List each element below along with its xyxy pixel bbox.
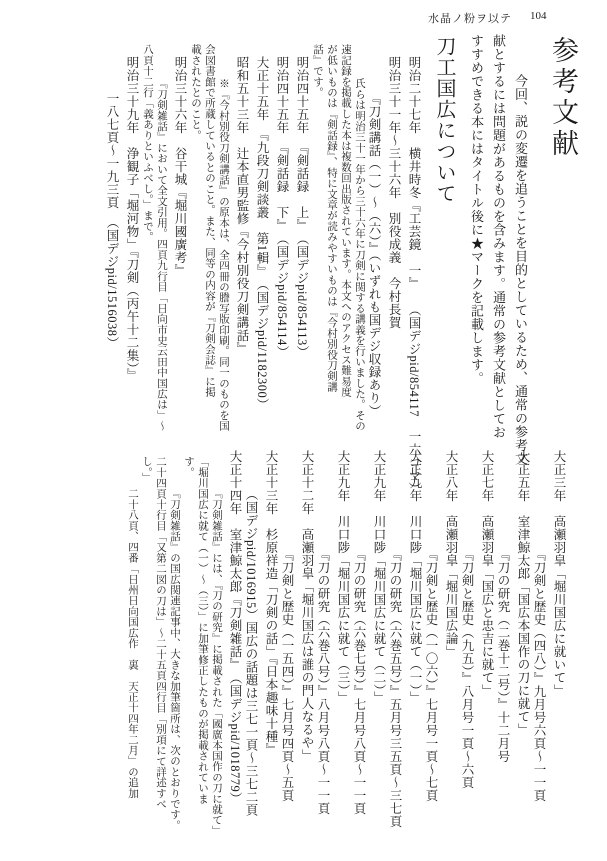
- note-line: 二十八頁、四番「日州日向国広作 裏 天正十四年二月」の追加: [126, 448, 139, 854]
- intro-line: 今回、説の変遷を追うことを目的としているため、通常の参考文: [509, 34, 531, 448]
- note-line: 『刀剣雑話』において全文引用。四頁九行目「日向市史云田中国広は」～: [155, 34, 168, 448]
- note-line: 会図書館で所蔵しているとのこと。また、同等の内容が『刀剣会誌』に掲: [203, 34, 216, 448]
- note-line: 話』です。: [311, 34, 324, 448]
- reference-entry: 大正十二年 高瀬羽皐「堀川国広は誰の門人なるや」: [299, 448, 315, 854]
- page-title: 参考文献: [545, 34, 581, 448]
- reference-entry: 大正十四年 室津鯨太郎『刀剣雑話』 （国デジpid/1018779）: [227, 448, 243, 854]
- reference-entry: 明治三十六年 谷干城『堀川國廣考』: [172, 34, 188, 448]
- reference-entry: 大正八年 高瀬羽皐「堀川国広論」: [443, 448, 459, 854]
- reference-continuation: 『刀剣講話（一）～（六）』（いずれも国デジ収録あり）: [366, 34, 382, 448]
- running-title: 水晶ノ粉ヲ以テ: [428, 10, 512, 26]
- page-number: 104: [530, 10, 547, 22]
- reference-entry: 明治四十五年 『剣話録 下』 （国デジpid/854114）: [274, 34, 290, 448]
- reference-entry: 明治三十一年～三十六年 別役成義 今村長賀: [386, 34, 402, 448]
- reference-entry: 大正五年 室津鯨太郎「国広本国作の刀に就て」: [515, 448, 531, 854]
- reference-continuation: 『刀の研究（六巻八号）』八月号八頁～一一頁: [315, 448, 331, 854]
- document-page: 水晶ノ粉ヲ以テ 104 参考文献 今回、説の変遷を追うことを目的としているため、…: [0, 0, 607, 861]
- note-line: 二十四頁十行目「又第二図の刀は」～二十五頁四行目「別項にて詳述すべ: [154, 448, 167, 854]
- note-line: が低いものは『剣話録』、特に文章が読みやすいものは『今村別役刀剣講: [325, 34, 338, 448]
- reference-entry: 大正十五年 『九段刀剣談叢 第1輯』 （国デジpid/1182300）: [254, 34, 270, 448]
- intro-line: すすめできる本にはタイトル後に★マークを記載します。: [465, 34, 487, 448]
- reference-entry: 昭和五十三年 辻本直男監修『今村別役刀剣講話』: [234, 34, 250, 448]
- reference-continuation: （国デジpid/1016915）国広の話題は三七一頁～三七二頁: [243, 448, 259, 854]
- reference-entry: 大正十三年 杉原祥造「刀剣の話」『日本趣味十種』: [263, 448, 279, 854]
- note-line: 『刀剣雑話』には、『刀の研究』に掲載された「國廣本国作の刀に就て」: [210, 448, 223, 854]
- reference-continuation: 『刀剣と歴史（一〇六）』七月号一頁～七頁: [423, 448, 439, 854]
- note-line: 「堀川国広に就て（一）～（三）」に加筆修正したものが掲載されていま: [196, 448, 209, 854]
- reference-entry: 明治四十五年 『剣話録 上』 （国デジpid/854113）: [294, 34, 310, 448]
- reference-continuation: 『刀剣と歴史（四八）』九月号六頁～一一頁: [531, 448, 547, 854]
- references-bottom-section: 大正三年 高瀬羽皐「堀川国広に就いて」 『刀剣と歴史（四八）』九月号六頁～一一頁…: [125, 448, 567, 854]
- section-heading: 刀工国広について: [430, 34, 457, 448]
- reference-continuation: 『刀の研究（二巻十二号）』十二月号: [495, 448, 511, 854]
- reference-entry: 大正三年 高瀬羽皐「堀川国広に就いて」: [551, 448, 567, 854]
- reference-continuation: 『刀の研究（六巻七号）』七月号八頁～一一頁: [351, 448, 367, 854]
- note-line: 速記録を掲載した本は複数回出版されています。本文へのアクセス難易度: [339, 34, 352, 448]
- note-line: ※『今村別役刀剣講話』の原本は、全四冊の謄写版印刷。同一のものを国: [217, 34, 230, 448]
- reference-continuation: 『刀の研究（六巻五号）』五月号三五頁～三七頁: [387, 448, 403, 854]
- page-header: 水晶ノ粉ヲ以テ 104: [0, 10, 607, 26]
- note-line: 八頁十二行「義ありといふべし。」まで。: [141, 34, 154, 448]
- note-line: 載されたとのこと。: [189, 34, 202, 448]
- reference-continuation: 『刀剣と歴史（一五四）』七月号四頁～五頁: [279, 448, 295, 854]
- reference-entry: 大正九年 川口陟「堀川国広に就て（二）」: [371, 448, 387, 854]
- note-line: し。」: [140, 448, 153, 854]
- reference-continuation: 一八七頁～一九三頁 （国デジpid/1516038）: [104, 34, 120, 448]
- note-line: 氏らは明治三十一年から三十六年に刀剣に関する講義を行いました。その: [353, 34, 366, 448]
- reference-continuation: 『刀剣と歴史（九五）』八月号一頁～六頁: [459, 448, 475, 854]
- intro-line: 献とするには問題があるものを含みます。通常の参考文献としてお: [487, 34, 509, 448]
- reference-entry: 明治二十七年 横井時冬『工芸鏡 一』 （国デジpid/854117 一六コマ）: [406, 34, 422, 448]
- note-line: 『刀剣雑話』の国広関連記事中、大きな加筆箇所は、次のとおりです。: [168, 448, 181, 854]
- reference-entry: 明治三十九年 浄観子「堀河物」『刀剣（丙午十二集）』: [124, 34, 140, 448]
- reference-entry: 大正九年 川口陟「堀川国広に就て（一）」: [407, 448, 423, 854]
- reference-entry: 大正九年 川口陟「堀川国広に就て（三）」: [335, 448, 351, 854]
- references-top-section: 参考文献 今回、説の変遷を追うことを目的としているため、通常の参考文 献とするに…: [104, 34, 581, 448]
- reference-entry: 大正七年 高瀬羽皐「国広と忠吉に就て」: [479, 448, 495, 854]
- note-line: す。: [182, 448, 195, 854]
